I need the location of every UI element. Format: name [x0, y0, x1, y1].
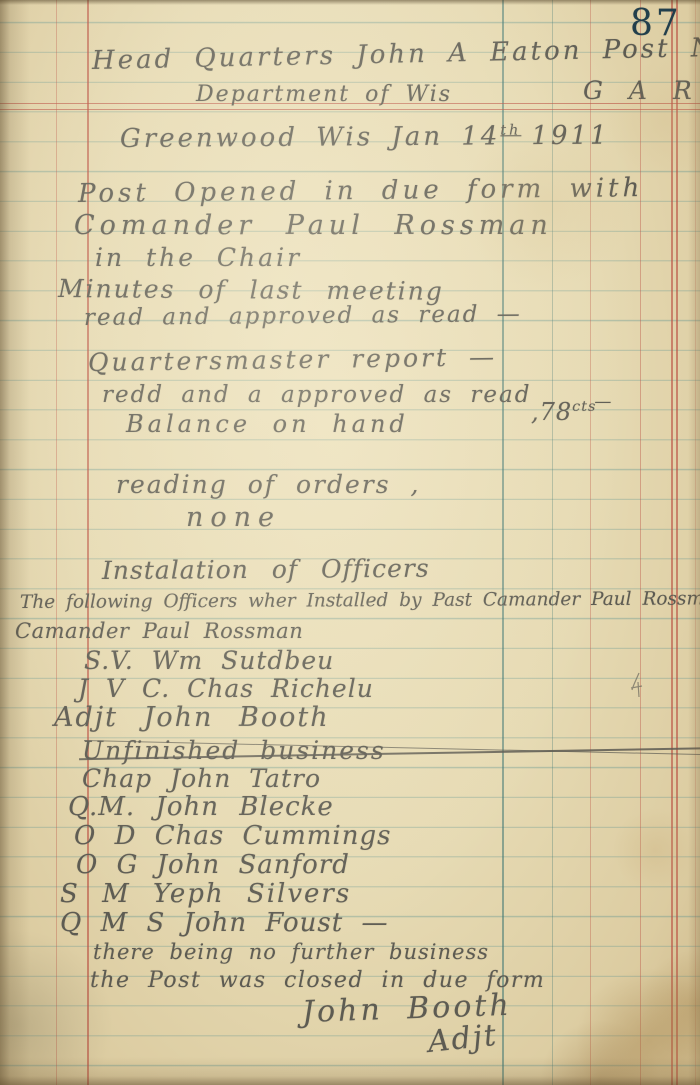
line-qm-john-blecke: Q.M. John Blecke	[68, 794, 334, 820]
date-year: 1911	[531, 121, 609, 152]
balance-amount: ,78cts—	[531, 400, 612, 424]
line-unfinished-business-struck: Unfinished business	[82, 738, 700, 763]
right-margin-rule-inner	[676, 0, 678, 1085]
line-qms-john-foust: Q M S John Foust —	[60, 910, 388, 936]
header-department: Department of Wis	[196, 84, 452, 106]
line-no-further-business: there being no further business	[93, 942, 489, 963]
line-chap-john-tatro: Chap John Tatro	[82, 766, 321, 791]
balance-amount-value: ,78	[531, 398, 572, 426]
line-report-approved: redd and a approved as read	[102, 384, 531, 407]
line-od-chas-cummings: O D Chas Cummings	[74, 823, 391, 849]
right-column-rule-2	[640, 0, 641, 1085]
ledger-page: 87 Head Quarters John A Eaton Post No 21…	[0, 0, 700, 1085]
line-adjt-john-booth: Adjt John Booth	[54, 704, 330, 731]
line-og-john-sanford: O G John Sanford	[76, 852, 350, 878]
page-edge-rule	[695, 0, 696, 1085]
balance-amount-dash: —	[594, 392, 612, 412]
amount-column-rule	[552, 0, 553, 1085]
line-post-opened: Post Opened in due form with	[78, 175, 644, 207]
line-in-the-chair: in the Chair	[95, 245, 302, 270]
right-margin-rule-outer	[671, 0, 673, 1085]
header-gar: G A R	[583, 78, 700, 103]
date-superscript: th	[500, 123, 521, 139]
line-quartermaster-report: Quartersmaster report —	[88, 344, 497, 375]
line-jvc-officer: J V C. Chas Richelu	[78, 676, 374, 701]
line-balance-on-hand: Balance on hand	[126, 412, 409, 436]
center-column-rule	[502, 0, 504, 1085]
line-read-approved: read and approved as read —	[84, 303, 522, 330]
date-text: Greenwood Wis Jan 14	[120, 121, 501, 154]
left-margin-rule-outer	[56, 0, 57, 1085]
line-sm-yeph-silvers: S M Yeph Silvers	[60, 881, 351, 907]
balance-amount-unit: cts	[572, 399, 596, 415]
signature-title: Adjt	[426, 1021, 499, 1058]
stray-pencil-mark	[630, 672, 644, 698]
line-none: none	[186, 504, 281, 531]
right-column-rule-1	[590, 0, 591, 1085]
line-commander-paul-rossman: Camander Paul Rossman	[15, 621, 303, 642]
line-installation-heading: Instalation of Officers	[102, 556, 430, 583]
line-reading-of-orders: reading of orders ,	[116, 472, 420, 497]
date-line: Greenwood Wis Jan 14th1911	[120, 123, 610, 152]
line-sv-officer: S.V. Wm Sutdbeu	[84, 648, 334, 673]
line-commander-rossman: Comander Paul Rossman	[74, 212, 553, 239]
line-minutes: Minutes of last meeting	[58, 276, 444, 304]
line-officers-installed-by: The following Officers wher Installed by…	[20, 590, 700, 612]
